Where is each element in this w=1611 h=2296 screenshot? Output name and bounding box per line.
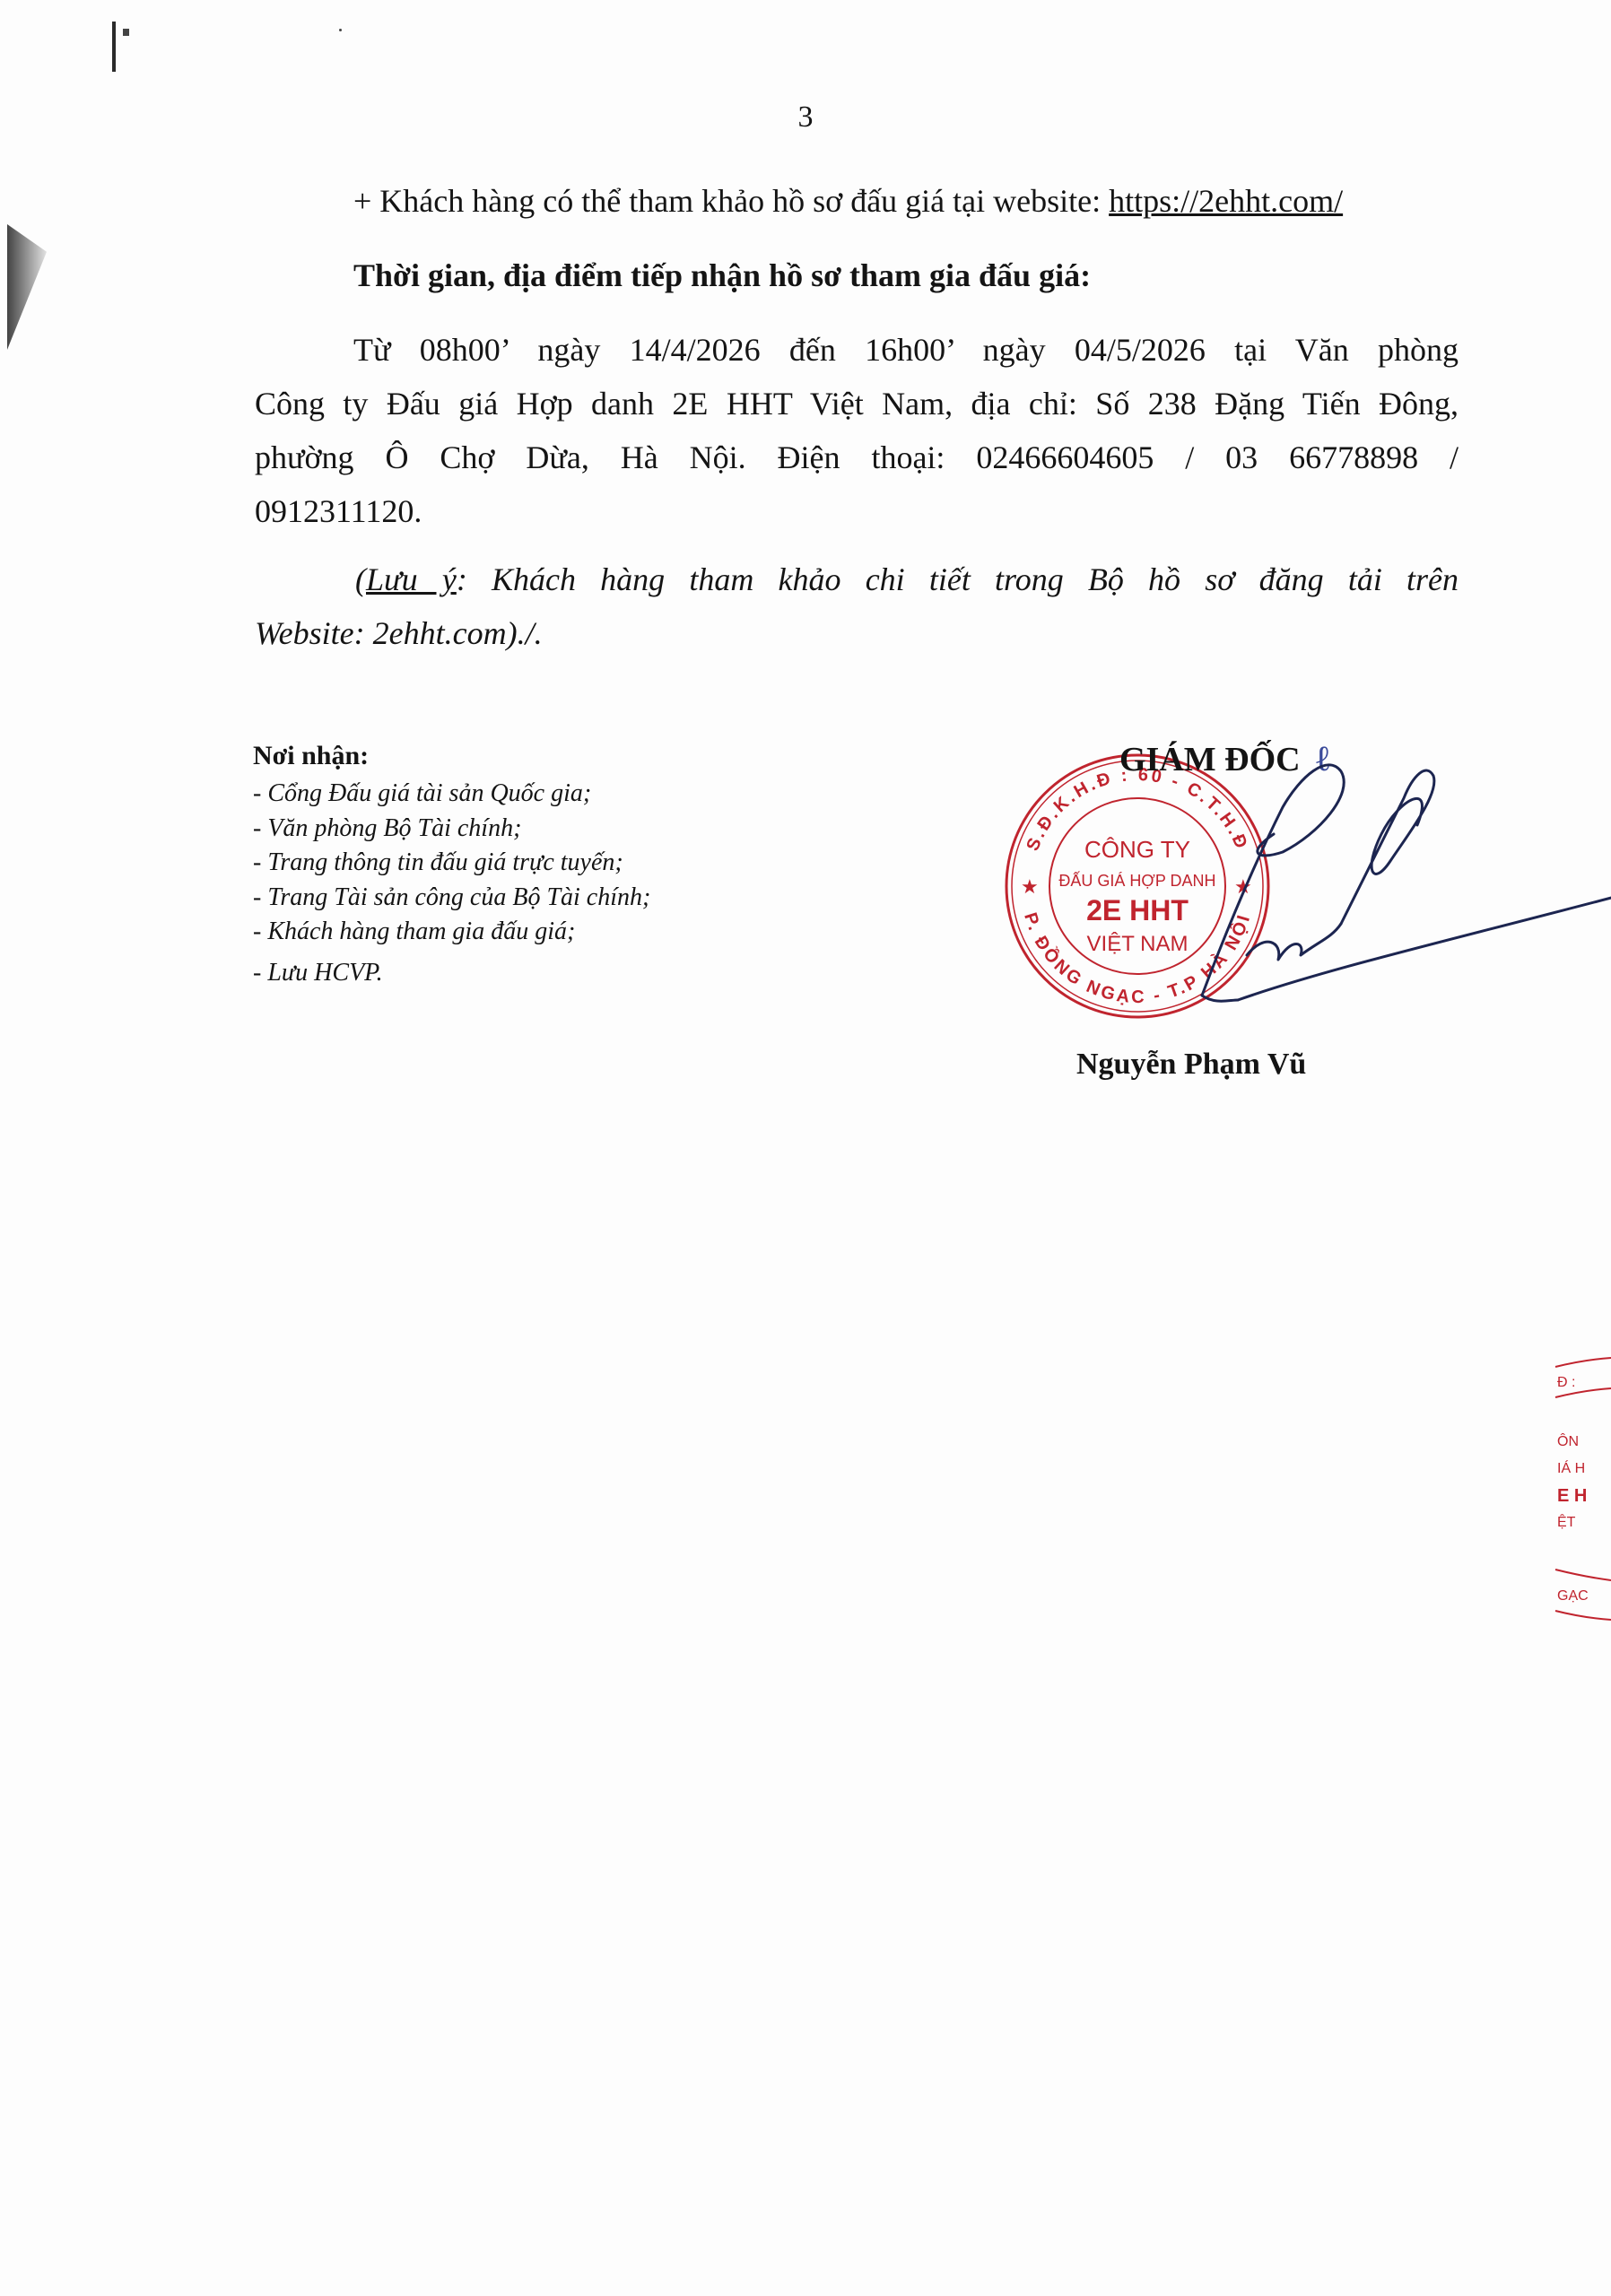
- stamp-edge-fragment: Đ : ÔN IÁ H E H ỆT GẠC: [1548, 1345, 1611, 1632]
- stamp-edge-line: GẠC: [1557, 1588, 1589, 1604]
- note-line-2: Website: 2ehht.com)./.: [255, 606, 1459, 660]
- note-label: Lưu ý: [366, 561, 457, 597]
- recipient-item: - Khách hàng tham gia đấu giá;: [253, 915, 650, 950]
- recipient-item: - Văn phòng Bộ Tài chính;: [253, 812, 650, 847]
- note-open-paren: (: [355, 561, 366, 597]
- recipient-item: - Lưu HCVP.: [253, 956, 650, 991]
- paragraph-line: phường Ô Chợ Dừa, Hà Nội. Điện thoại: 02…: [255, 430, 1459, 484]
- page-number: 3: [0, 100, 1611, 135]
- paragraph-line: Từ 08h00’ ngày 14/4/2026 đến 16h00’ ngày…: [255, 323, 1459, 377]
- section-heading: Thời gian, địa điểm tiếp nhận hồ sơ tham…: [353, 259, 1091, 291]
- note-text: Khách hàng tham khảo chi tiết trong Bộ h…: [467, 561, 1459, 597]
- note-line-1: (Lưu ý: Khách hàng tham khảo chi tiết tr…: [255, 552, 1459, 606]
- recipients-title: Nơi nhận:: [253, 741, 650, 771]
- paragraph-line: Công ty Đấu giá Hợp danh 2E HHT Việt Nam…: [255, 377, 1459, 430]
- website-line-prefix: + Khách hàng có thể tham khảo hồ sơ đấu …: [353, 183, 1109, 219]
- note-colon: :: [457, 561, 467, 597]
- recipient-item: - Cổng Đấu giá tài sản Quốc gia;: [253, 777, 650, 812]
- stamp-star-left: ★: [1021, 875, 1039, 898]
- stamp-edge-line: ỆT: [1557, 1513, 1576, 1530]
- stamp-edge-line: E H: [1557, 1486, 1587, 1506]
- stamp-edge-line: IÁ H: [1557, 1459, 1585, 1476]
- note-block: (Lưu ý: Khách hàng tham khảo chi tiết tr…: [255, 552, 1459, 660]
- signer-name: Nguyễn Phạm Vũ: [1076, 1048, 1306, 1082]
- website-line: + Khách hàng có thể tham khảo hồ sơ đấu …: [353, 185, 1343, 217]
- paragraph-line: 0912311120.: [255, 484, 1459, 538]
- recipient-item: - Trang thông tin đấu giá trực tuyến;: [253, 846, 650, 881]
- scan-artifact-dot: [339, 29, 342, 31]
- stamp-edge-line: ÔN: [1557, 1432, 1579, 1449]
- recipient-item: - Trang Tài sản công của Bộ Tài chính;: [253, 881, 650, 916]
- stamp-edge-line: Đ :: [1557, 1375, 1575, 1390]
- recipients-block: Nơi nhận: - Cổng Đấu giá tài sản Quốc gi…: [253, 741, 650, 990]
- scan-artifact-tick: [123, 29, 129, 36]
- scan-artifact-wedge: [7, 224, 47, 350]
- handwritten-signature: [1148, 726, 1611, 1031]
- website-link[interactable]: https://2ehht.com/: [1109, 183, 1343, 219]
- scan-artifact-bar: [112, 22, 116, 72]
- reception-paragraph: Từ 08h00’ ngày 14/4/2026 đến 16h00’ ngày…: [255, 323, 1459, 538]
